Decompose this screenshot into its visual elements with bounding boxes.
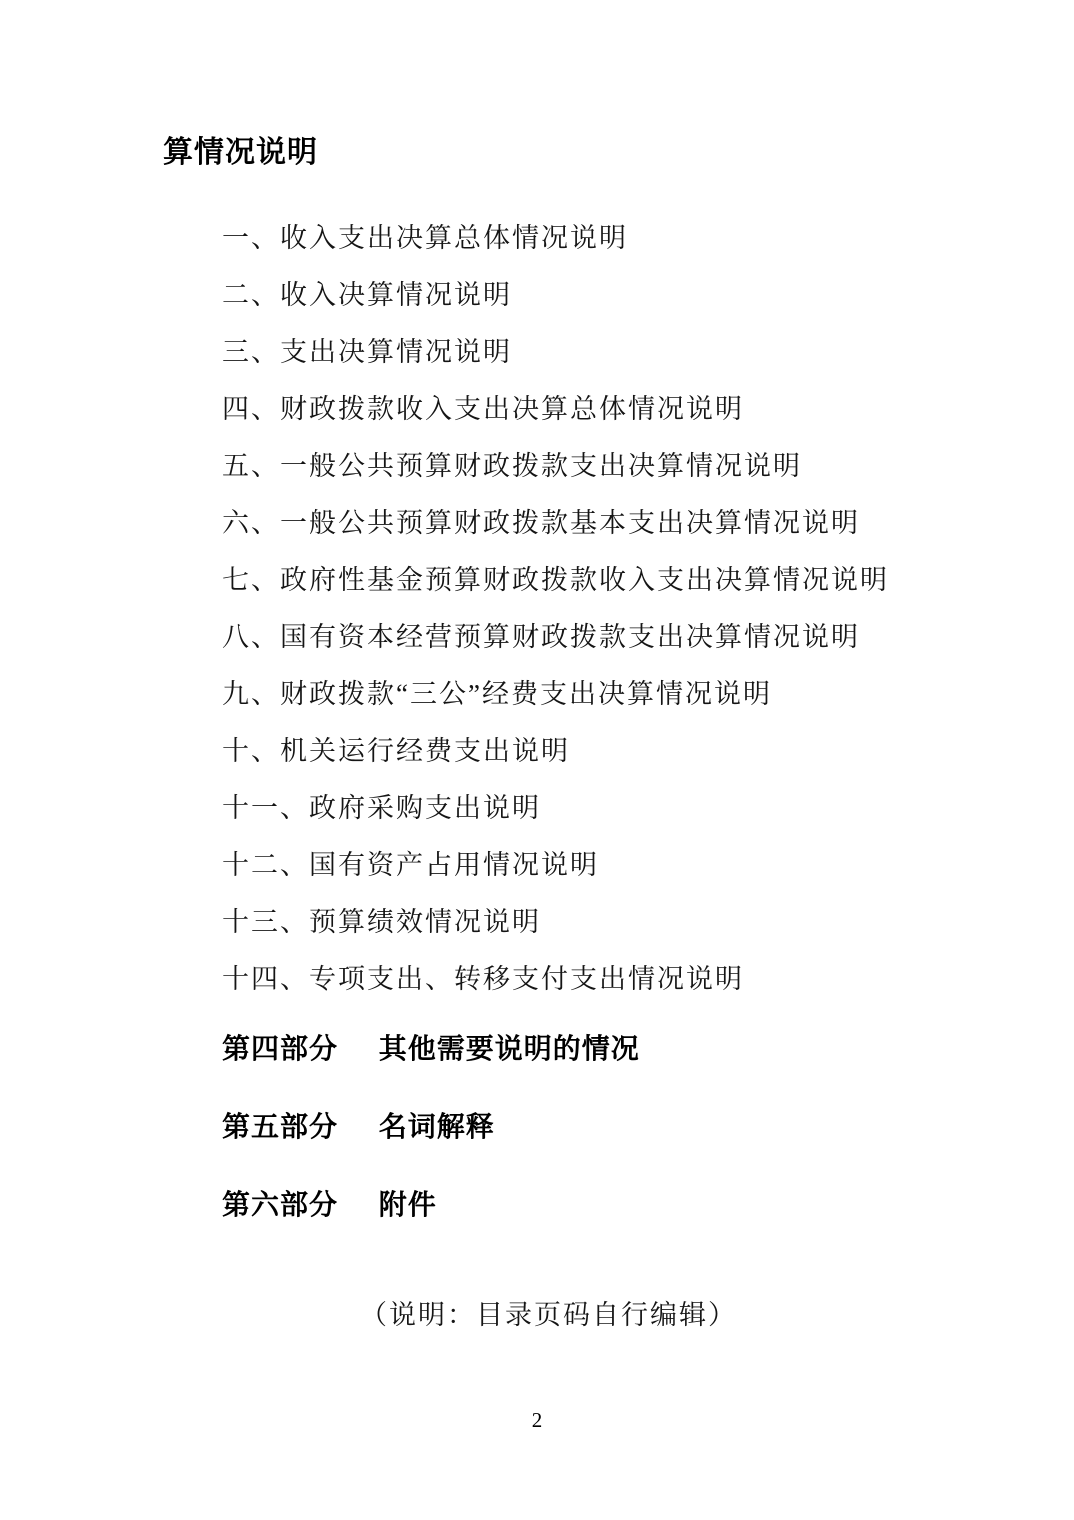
toc-item: 二、收入决算情况说明 xyxy=(222,267,889,324)
toc-item: 十三、预算绩效情况说明 xyxy=(222,894,889,951)
part-heading-6: 第六部分 附件 xyxy=(222,1166,640,1244)
part-heading-label: 第六部分 xyxy=(222,1189,338,1220)
part-heading-5: 第五部分 名词解释 xyxy=(222,1088,640,1166)
part-headings-group: 第四部分 其他需要说明的情况 第五部分 名词解释 第六部分 附件 xyxy=(222,1010,640,1244)
document-page: 算情况说明 一、收入支出决算总体情况说明 二、收入决算情况说明 三、支出决算情况… xyxy=(0,0,1074,1520)
part-heading-4: 第四部分 其他需要说明的情况 xyxy=(222,1010,640,1088)
toc-item: 五、一般公共预算财政拨款支出决算情况说明 xyxy=(222,438,889,495)
toc-item: 十二、国有资产占用情况说明 xyxy=(222,837,889,894)
toc-list: 一、收入支出决算总体情况说明 二、收入决算情况说明 三、支出决算情况说明 四、财… xyxy=(222,210,889,1008)
toc-item: 八、国有资本经营预算财政拨款支出决算情况说明 xyxy=(222,609,889,666)
toc-item: 四、财政拨款收入支出决算总体情况说明 xyxy=(222,381,889,438)
toc-item: 十、机关运行经费支出说明 xyxy=(222,723,889,780)
toc-item: 六、一般公共预算财政拨款基本支出决算情况说明 xyxy=(222,495,889,552)
part-heading-label: 第五部分 xyxy=(222,1111,338,1142)
part-heading-title: 名词解释 xyxy=(379,1111,495,1142)
part-heading-title: 附件 xyxy=(379,1189,437,1220)
part-heading-title: 其他需要说明的情况 xyxy=(379,1033,640,1064)
editor-note: （说明：目录页码自行编辑） xyxy=(360,1287,737,1344)
page-number: 2 xyxy=(0,1408,1074,1433)
toc-item: 七、政府性基金预算财政拨款收入支出决算情况说明 xyxy=(222,552,889,609)
toc-item: 十四、专项支出、转移支付支出情况说明 xyxy=(222,951,889,1008)
part-heading-label: 第四部分 xyxy=(222,1033,338,1064)
toc-item: 十一、政府采购支出说明 xyxy=(222,780,889,837)
toc-item: 一、收入支出决算总体情况说明 xyxy=(222,210,889,267)
toc-item: 三、支出决算情况说明 xyxy=(222,324,889,381)
toc-item: 九、财政拨款“三公”经费支出决算情况说明 xyxy=(222,666,889,723)
page-title: 算情况说明 xyxy=(163,136,318,171)
